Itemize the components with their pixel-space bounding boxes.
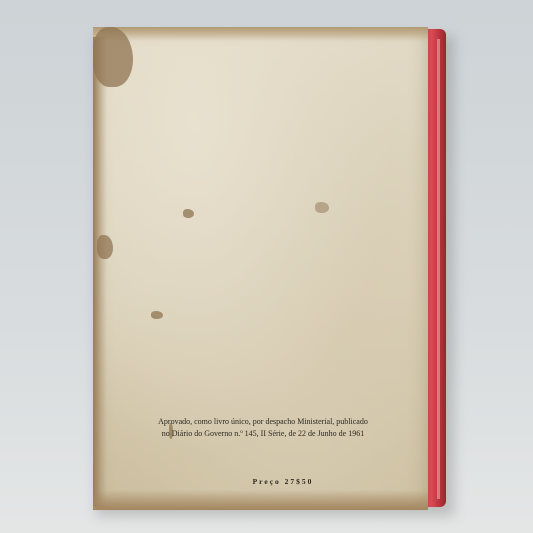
- stain-spot: [151, 311, 163, 319]
- stain-spot: [183, 209, 194, 218]
- stain-spot: [97, 235, 113, 259]
- bottom-edge-wear: [93, 490, 428, 510]
- book: Aprovado, como livro único, por despacho…: [93, 27, 446, 510]
- left-edge-wear: [93, 37, 107, 507]
- price-label: Preço 27$50: [243, 477, 323, 486]
- stain-spot: [315, 202, 329, 213]
- approval-notice: Aprovado, como livro único, por despacho…: [143, 416, 383, 440]
- spine-page-edge: [437, 39, 440, 499]
- approval-line-2: no Diário do Governo n.º 145, II Série, …: [143, 428, 383, 440]
- back-cover: Aprovado, como livro único, por despacho…: [93, 27, 428, 510]
- approval-line-1: Aprovado, como livro único, por despacho…: [143, 416, 383, 428]
- top-edge-wear: [93, 27, 428, 41]
